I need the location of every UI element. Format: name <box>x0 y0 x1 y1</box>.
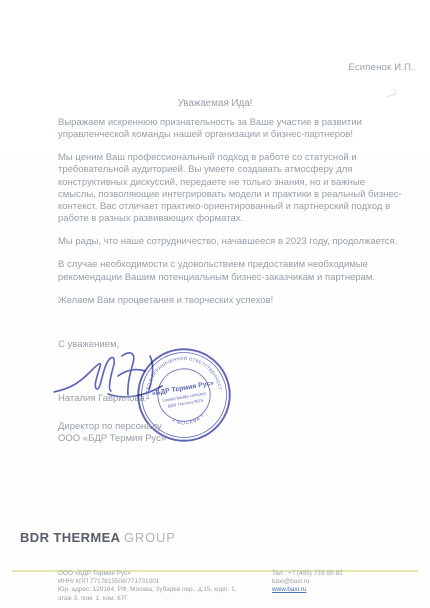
letter-body: Выражаем искреннюю признательность за Ва… <box>58 117 410 318</box>
salutation: Уважаемая Ида! <box>0 98 430 109</box>
logo-primary-text: BDR THERMEA <box>20 530 120 545</box>
footer-website-link[interactable]: www.baxi.ru <box>272 586 343 594</box>
paragraph-2: Мы ценим Ваш профессиональный подход в р… <box>58 152 410 225</box>
footer-contacts: Тел.: +7 (495) 733-95-82 baxi@baxi.ru ww… <box>272 570 343 595</box>
footer-phone: Тел.: +7 (495) 733-95-82 <box>272 570 343 578</box>
stamp-rim-bottom-text: • МОСКВА • <box>170 413 206 429</box>
paragraph-1: Выражаем искреннюю признательность за Ва… <box>58 117 410 141</box>
paragraph-4: В случае необходимости с удовольствием п… <box>58 259 410 283</box>
signer-title-block: Директор по персоналу ООО «БДР Термия Ру… <box>58 421 166 445</box>
footer-email: baxi@baxi.ru <box>272 578 343 586</box>
pen-mark <box>385 89 396 98</box>
scanned-letter-page: Есипенок И.П. Уважаемая Ида! Выражаем ис… <box>0 0 430 608</box>
footer-company-details: ООО «БДР Термия Рус» ИНН/ КПП 7717615508… <box>58 570 236 603</box>
logo-secondary-text: GROUP <box>124 530 176 545</box>
paragraph-3: Мы рады, что наше сотрудничество, начавш… <box>58 236 410 248</box>
signer-name: Наталия Гаврилова <box>58 393 145 404</box>
bdr-thermea-logo: BDR THERMEA GROUP <box>20 530 176 545</box>
paragraph-5: Желаем Вам процветания и творческих успе… <box>58 295 410 307</box>
recipient-name: Есипенок И.П. <box>348 62 414 73</box>
